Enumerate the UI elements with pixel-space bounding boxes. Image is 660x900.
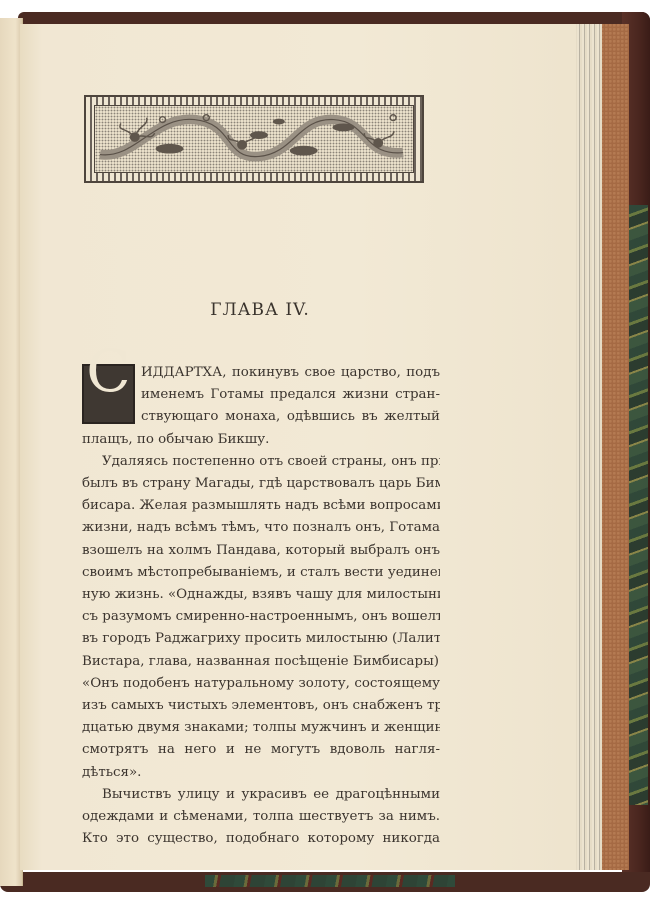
text-line: смотрятъ на него и не могутъ вдоволь наг… <box>82 739 440 761</box>
text-line: съ разумомъ смиренно-настроеннымъ, онъ в… <box>82 606 440 628</box>
ornament-headpiece <box>84 95 424 183</box>
text-line: плащъ, по обычаю Бикшу. <box>82 429 440 451</box>
text-line: именемъ Готамы предался жизни стран- <box>141 384 440 406</box>
text-line: ствующаго монаха, одѣвшись въ желтый <box>141 406 440 428</box>
marbled-endpaper-bottom <box>205 875 455 887</box>
drop-cap-letter: С <box>84 360 133 382</box>
text-line: ИДДАРТХА, покинувъ свое царство, подъ <box>141 362 440 384</box>
text-line: бисара. Желая размышлять надъ всѣми вопр… <box>82 495 440 517</box>
text-line: Кто это существо, подобнаго которому ник… <box>82 828 440 850</box>
text-line: дѣться». <box>82 762 440 784</box>
text-line: изъ самыхъ чистыхъ элементовъ, онъ снабж… <box>82 695 440 717</box>
marbled-endpaper-right <box>628 205 648 805</box>
text-line: въ городъ Раджагриху просить милостыню (… <box>82 628 440 650</box>
text-line: жизни, надъ всѣмъ тѣмъ, что позналъ онъ,… <box>82 517 440 539</box>
drop-cap-initial: С <box>82 364 135 424</box>
text-line: своимъ мѣстопребываніемъ, и сталъ вести … <box>82 562 440 584</box>
paragraph-1: ИДДАРТХА, покинувъ свое царство, подъ им… <box>82 362 440 451</box>
text-line: дцатью двумя знаками; толпы мужчинъ и же… <box>82 717 440 739</box>
text-line: одеждами и сѣменами, толпа шествуетъ за … <box>82 806 440 828</box>
page-edges <box>572 24 602 870</box>
paragraph-2: Удаляясь постепенно отъ своей страны, он… <box>82 451 440 784</box>
book-board-edge <box>600 24 629 870</box>
text-line: былъ въ страну Магады, гдѣ царствовалъ ц… <box>82 473 440 495</box>
text-line: «Онъ подобенъ натуральному золоту, состо… <box>82 673 440 695</box>
chapter-title: ГЛАВА IV. <box>0 300 520 320</box>
ornament-inner-panel <box>94 105 414 173</box>
paragraph-3: Вычиствъ улицу и украсивъ ее драгоцѣнным… <box>82 784 440 851</box>
sea-wave-ornament-icon <box>95 106 413 172</box>
body-text: С ИДДАРТХА, покинувъ свое царство, подъ … <box>82 362 440 850</box>
text-line: Вистара, глава, названная посѣщеніе Бимб… <box>82 651 440 673</box>
text-line: ную жизнь. «Однажды, взявъ чашу для мило… <box>82 584 440 606</box>
text-line: взошелъ на холмъ Пандава, который выбрал… <box>82 540 440 562</box>
text-line: Удаляясь постепенно отъ своей страны, он… <box>82 451 440 473</box>
text-line: Вычиствъ улицу и украсивъ ее драгоцѣнным… <box>82 784 440 806</box>
